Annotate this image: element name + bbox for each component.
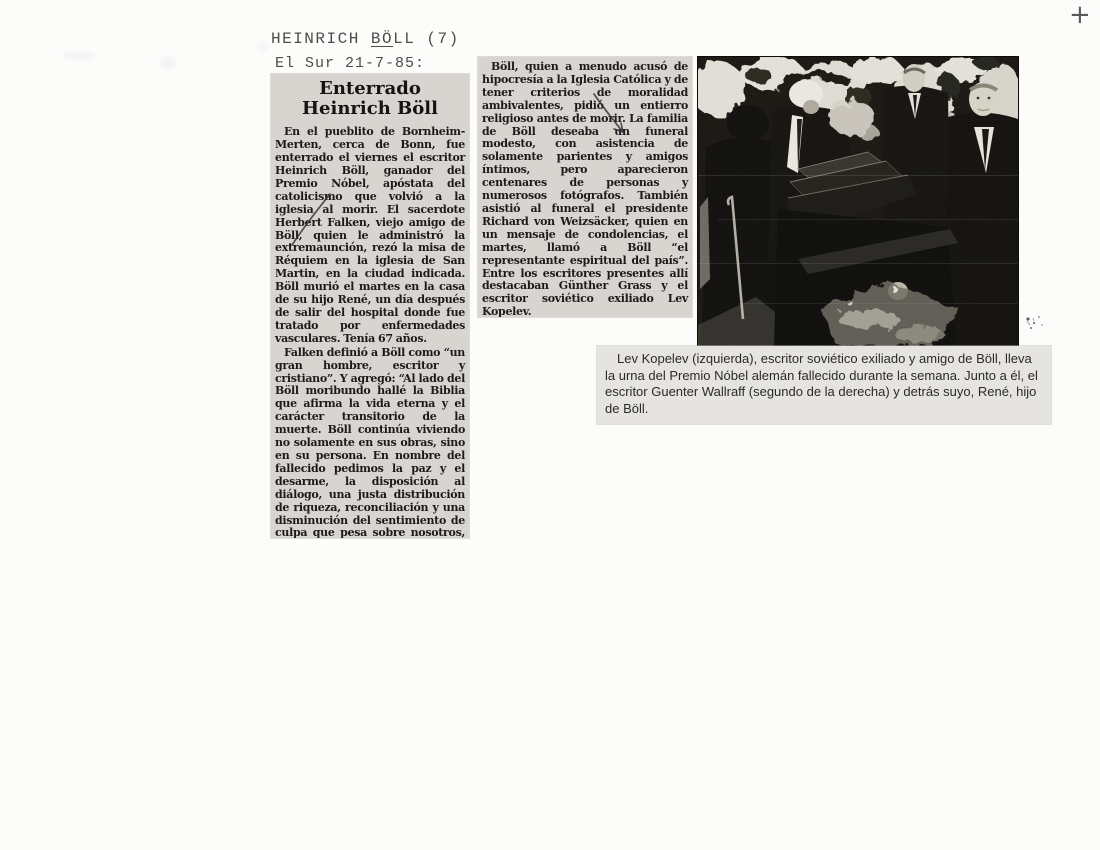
ink-speckle: [1022, 306, 1048, 336]
scan-smudge: [62, 52, 96, 59]
subject-note-post: LL (7): [393, 30, 460, 48]
subject-note-underlined: BÖ: [371, 30, 393, 48]
funeral-photo-illustration: [698, 57, 1018, 346]
registration-cross-mark: +: [1069, 0, 1091, 30]
scanned-page: HEINRICH BÖLL (7) El Sur 21-7-85: Enterr…: [0, 0, 1100, 850]
article-paragraph: Falken definió a Böll como “un gran homb…: [275, 347, 465, 538]
article-column-2: Böll, quien a menudo acusó de hipocresía…: [478, 57, 692, 317]
scan-smudge: [160, 56, 176, 68]
article-headline: Enterrado Heinrich Böll: [275, 79, 465, 119]
photo-caption: Lev Kopelev (izquierda), escritor soviét…: [597, 346, 1051, 424]
article-column-1: Enterrado Heinrich Böll En el pueblito d…: [271, 74, 469, 538]
funeral-photograph: [698, 57, 1018, 346]
scan-smudge: [258, 42, 268, 51]
subject-note-pre: HEINRICH: [271, 30, 371, 48]
article-column-1-body: En el pueblito de Bornheim-Merten, cerca…: [275, 126, 465, 538]
article-column-2-body: Böll, quien a menudo acusó de hipocresía…: [482, 61, 688, 317]
typewritten-source-date: El Sur 21-7-85:: [275, 55, 425, 72]
typewritten-subject-note: HEINRICH BÖLL (7): [271, 30, 460, 48]
photo-caption-text: Lev Kopelev (izquierda), escritor soviét…: [605, 351, 1043, 417]
article-paragraph: Böll, quien a menudo acusó de hipocresía…: [482, 61, 688, 317]
photo-grain-dark: [698, 57, 1018, 346]
article-paragraph: En el pueblito de Bornheim-Merten, cerca…: [275, 126, 465, 345]
